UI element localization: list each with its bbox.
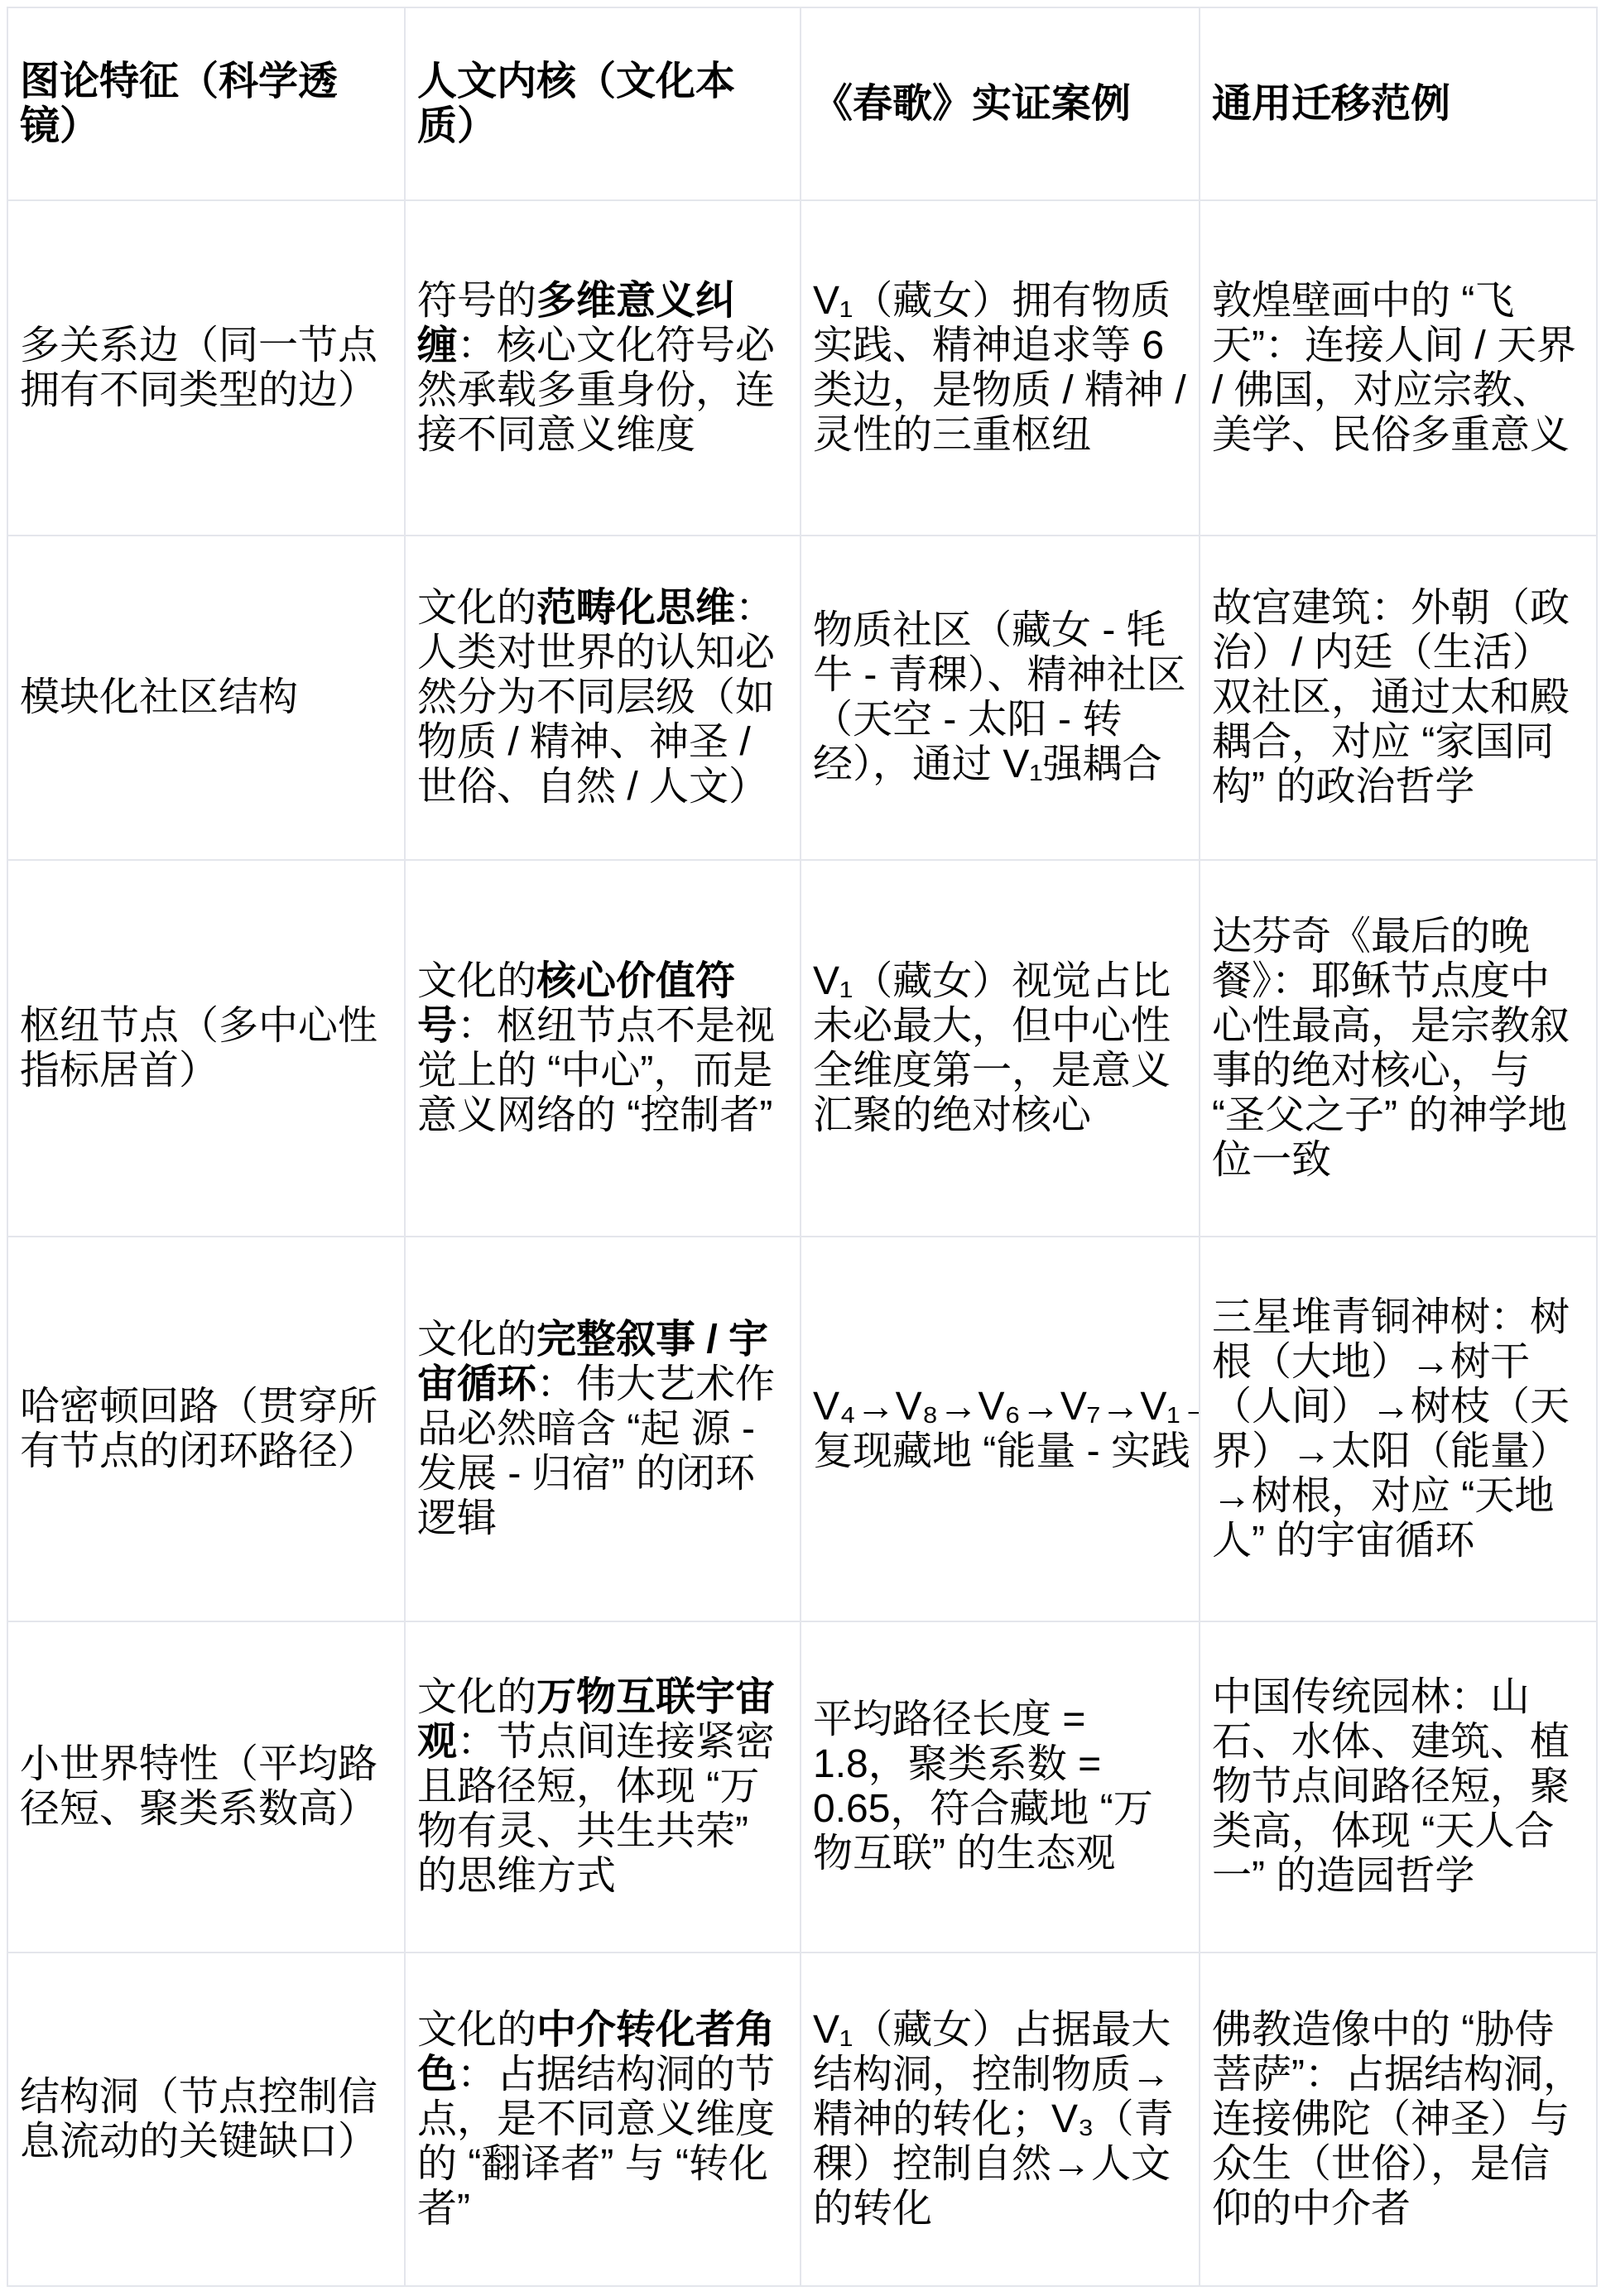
cell-transfer: 三星堆青铜神树：树根（大地）→树干（人间）→树枝（天界）→太阳（能量）→树根，对… — [1200, 1237, 1598, 1622]
core-text: 文化的万物互联宇宙观：节点间连接紧密且路径短，体现 “万物有灵、共生共荣” 的思… — [417, 1675, 788, 1899]
cell-core: 文化的中介转化者角色：占据结构洞的节点，是不同意义维度的 “翻译者” 与 “转化… — [406, 1953, 801, 2287]
core-prefix: 文化的 — [417, 2008, 536, 2052]
feature-text: 小世界特性（平均路径短、聚类系数高） — [20, 1742, 392, 1832]
transfer-text: 佛教造像中的 “胁侍菩萨”：占据结构洞，连接佛陀（神圣）与众生（世俗），是信仰的… — [1212, 2008, 1584, 2231]
cell-core: 文化的万物互联宇宙观：节点间连接紧密且路径短，体现 “万物有灵、共生共荣” 的思… — [406, 1622, 801, 1953]
core-prefix: 符号的 — [417, 279, 536, 323]
cell-feature: 枢纽节点（多中心性指标居首） — [8, 861, 406, 1237]
case-text: 平均路径长度 = 1.8，聚类系数 = 0.65，符合藏地 “万物互联” 的生态… — [813, 1698, 1187, 1876]
cell-feature: 小世界特性（平均路径短、聚类系数高） — [8, 1622, 406, 1953]
header-label-spring-song-case: 《春歌》实证案例 — [813, 82, 1131, 127]
header-row: 图论特征（科学透镜） 人文内核（文化本质） 《春歌》实证案例 通用迁移范例 — [8, 8, 1598, 201]
feature-text: 结构洞（节点控制信息流动的关键缺口） — [20, 2075, 392, 2164]
table-row: 小世界特性（平均路径短、聚类系数高） 文化的万物互联宇宙观：节点间连接紧密且路径… — [8, 1622, 1598, 1953]
cell-case: 平均路径长度 = 1.8，聚类系数 = 0.65，符合藏地 “万物互联” 的生态… — [801, 1622, 1200, 1953]
header-cell-humanistic-core: 人文内核（文化本质） — [406, 8, 801, 201]
core-text: 文化的核心价值符号：枢纽节点不是视觉上的 “中心”，而是意义网络的 “控制者” — [417, 959, 788, 1138]
core-rest: ：核心文化符号必然承载多重身份，连接不同意义维度 — [417, 324, 775, 457]
core-text: 文化的中介转化者角色：占据结构洞的节点，是不同意义维度的 “翻译者” 与 “转化… — [417, 2008, 788, 2231]
cell-transfer: 佛教造像中的 “胁侍菩萨”：占据结构洞，连接佛陀（神圣）与众生（世俗），是信仰的… — [1200, 1953, 1598, 2287]
core-rest: ：节点间连接紧密且路径短，体现 “万物有灵、共生共荣” 的思维方式 — [417, 1720, 775, 1898]
table-row: 哈密顿回路（贯穿所有节点的闭环路径） 文化的完整叙事 / 宇宙循环：伟大艺术作品… — [8, 1237, 1598, 1622]
core-bold: 范畴化思维 — [536, 586, 735, 630]
header-cell-spring-song-case: 《春歌》实证案例 — [801, 8, 1200, 201]
core-prefix: 文化的 — [417, 959, 536, 1003]
header-label-graph-feature: 图论特征（科学透镜） — [20, 60, 392, 149]
cell-transfer: 故宫建筑：外朝（政治）/ 内廷（生活）双社区，通过太和殿耦合，对应 “家国同构”… — [1200, 536, 1598, 861]
core-text: 文化的范畴化思维：人类对世界的认知必然分为不同层级（如物质 / 精神、神圣 / … — [417, 586, 788, 809]
case-text: V₁（藏女）占据最大结构洞，控制物质→精神的转化；V₃（青稞）控制自然→人文的转… — [813, 2008, 1187, 2231]
case-text: V₄→V₈→V₆→V₇→V₁→V₂→V₅→V₃→V₄，复现藏地 “能量 - 实践… — [813, 1385, 1200, 1474]
cell-transfer: 中国传统园林：山石、水体、建筑、植物节点间路径短，聚类高，体现 “天人合一” 的… — [1200, 1622, 1598, 1953]
core-prefix: 文化的 — [417, 586, 536, 630]
transfer-text: 三星堆青铜神树：树根（大地）→树干（人间）→树枝（天界）→太阳（能量）→树根，对… — [1212, 1295, 1584, 1563]
header-cell-transfer-example: 通用迁移范例 — [1200, 8, 1598, 201]
cell-core: 文化的核心价值符号：枢纽节点不是视觉上的 “中心”，而是意义网络的 “控制者” — [406, 861, 801, 1237]
transfer-text: 故宫建筑：外朝（政治）/ 内廷（生活）双社区，通过太和殿耦合，对应 “家国同构”… — [1212, 586, 1584, 809]
core-rest: ：枢纽节点不是视觉上的 “中心”，而是意义网络的 “控制者” — [417, 1004, 775, 1137]
cell-core: 文化的完整叙事 / 宇宙循环：伟大艺术作品必然暗含 “起 源 - 发展 - 归宿… — [406, 1237, 801, 1622]
table-row: 枢纽节点（多中心性指标居首） 文化的核心价值符号：枢纽节点不是视觉上的 “中心”… — [8, 861, 1598, 1237]
cell-feature: 多关系边（同一节点拥有不同类型的边） — [8, 201, 406, 536]
header-label-humanistic-core: 人文内核（文化本质） — [417, 60, 788, 149]
feature-text: 哈密顿回路（贯穿所有节点的闭环路径） — [20, 1385, 392, 1474]
core-prefix: 文化的 — [417, 1318, 536, 1362]
core-text: 符号的多维意义纠缠：核心文化符号必然承载多重身份，连接不同意义维度 — [417, 279, 788, 458]
case-text: V₁（藏女）拥有物质实践、精神追求等 6 类边，是物质 / 精神 / 灵性的三重… — [813, 279, 1187, 458]
feature-text: 多关系边（同一节点拥有不同类型的边） — [20, 324, 392, 413]
cell-case: 物质社区（藏女 - 牦牛 - 青稞）、精神社区（天空 - 太阳 - 转经），通过… — [801, 536, 1200, 861]
cell-core: 文化的范畴化思维：人类对世界的认知必然分为不同层级（如物质 / 精神、神圣 / … — [406, 536, 801, 861]
header-label-transfer-example: 通用迁移范例 — [1212, 82, 1450, 127]
cell-core: 符号的多维意义纠缠：核心文化符号必然承载多重身份，连接不同意义维度 — [406, 201, 801, 536]
transfer-text: 中国传统园林：山石、水体、建筑、植物节点间路径短，聚类高，体现 “天人合一” 的… — [1212, 1675, 1584, 1899]
table-row: 结构洞（节点控制信息流动的关键缺口） 文化的中介转化者角色：占据结构洞的节点，是… — [8, 1953, 1598, 2287]
core-rest: ：占据结构洞的节点，是不同意义维度的 “翻译者” 与 “转化者” — [417, 2053, 775, 2231]
cell-case: V₁（藏女）视觉占比未必最大，但中心性全维度第一，是意义汇聚的绝对核心 — [801, 861, 1200, 1237]
transfer-text: 敦煌壁画中的 “飞天”：连接人间 / 天界 / 佛国，对应宗教、美学、民俗多重意… — [1212, 279, 1584, 458]
cell-feature: 模块化社区结构 — [8, 536, 406, 861]
cell-transfer: 达芬奇《最后的晚餐》：耶稣节点度中心性最高，是宗教叙事的绝对核心，与 “圣父之子… — [1200, 861, 1598, 1237]
case-text: 物质社区（藏女 - 牦牛 - 青稞）、精神社区（天空 - 太阳 - 转经），通过… — [813, 608, 1187, 787]
table-row: 模块化社区结构 文化的范畴化思维：人类对世界的认知必然分为不同层级（如物质 / … — [8, 536, 1598, 861]
core-text: 文化的完整叙事 / 宇宙循环：伟大艺术作品必然暗含 “起 源 - 发展 - 归宿… — [417, 1318, 788, 1541]
feature-text: 模块化社区结构 — [20, 675, 298, 720]
table-row: 多关系边（同一节点拥有不同类型的边） 符号的多维意义纠缠：核心文化符号必然承载多… — [8, 201, 1598, 536]
cell-case: V₁（藏女）拥有物质实践、精神追求等 6 类边，是物质 / 精神 / 灵性的三重… — [801, 201, 1200, 536]
core-prefix: 文化的 — [417, 1675, 536, 1719]
cell-case: V₁（藏女）占据最大结构洞，控制物质→精神的转化；V₃（青稞）控制自然→人文的转… — [801, 1953, 1200, 2287]
graph-culture-comparison-table: 图论特征（科学透镜） 人文内核（文化本质） 《春歌》实证案例 通用迁移范例 多关… — [7, 7, 1598, 2287]
cell-case: V₄→V₈→V₆→V₇→V₁→V₂→V₅→V₃→V₄，复现藏地 “能量 - 实践… — [801, 1237, 1200, 1622]
case-text: V₁（藏女）视觉占比未必最大，但中心性全维度第一，是意义汇聚的绝对核心 — [813, 959, 1187, 1138]
cell-transfer: 敦煌壁画中的 “飞天”：连接人间 / 天界 / 佛国，对应宗教、美学、民俗多重意… — [1200, 201, 1598, 536]
feature-text: 枢纽节点（多中心性指标居首） — [20, 1004, 392, 1093]
cell-feature: 结构洞（节点控制信息流动的关键缺口） — [8, 1953, 406, 2287]
cell-feature: 哈密顿回路（贯穿所有节点的闭环路径） — [8, 1237, 406, 1622]
transfer-text: 达芬奇《最后的晚餐》：耶稣节点度中心性最高，是宗教叙事的绝对核心，与 “圣父之子… — [1212, 915, 1584, 1183]
header-cell-graph-feature: 图论特征（科学透镜） — [8, 8, 406, 201]
